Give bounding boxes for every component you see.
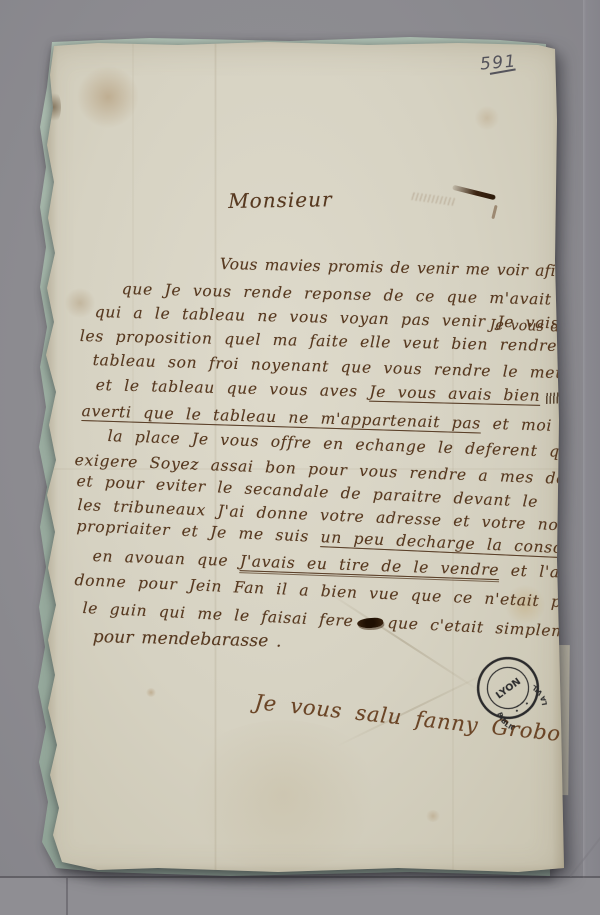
crossed-out-word (544, 391, 576, 403)
letter-page: 591 Monsieur Vous mavies promis de venir… (38, 40, 566, 880)
manuscript-segment: le guin qui me le faisai fere (82, 599, 354, 630)
manuscript-segment: pour mendebarasse . (93, 627, 283, 652)
manuscript-segment: et l'agen (499, 561, 591, 582)
manuscript-text: Monsieur Vous mavies promis de venir me … (38, 40, 566, 880)
manuscript-segment: J'avais eu tire de le vendre (240, 552, 500, 582)
manuscript-line: pour mendebarasse . (93, 627, 283, 652)
manuscript-segment: un peu decharge la conscience (320, 528, 600, 559)
photo-of-letter: { "document": { "page_number": "591", "s… (0, 0, 600, 915)
stamp-separator-dot (525, 702, 528, 705)
manuscript-segment: Je vous avais bien (369, 383, 540, 405)
paper-sheet: 591 Monsieur Vous mavies promis de venir… (38, 40, 566, 880)
manuscript-segment: que c'etait simplement (387, 614, 594, 642)
ink-blot (357, 617, 384, 629)
manuscript-segment: et le tableau que vous aves (96, 376, 370, 401)
manuscript-segment: en avouan que (92, 547, 240, 570)
manuscript-line: Vous mavies promis de venir me voir afin (220, 255, 567, 280)
folio-number: 591 (479, 51, 518, 74)
salutation: Monsieur (228, 187, 333, 213)
manuscript-segment: et moi a (481, 415, 574, 436)
photo-background: 591 Monsieur Vous mavies promis de venir… (0, 0, 600, 915)
stamp-center-text: LYON (494, 676, 523, 701)
manuscript-segment: Vous mavies promis de venir me voir afin (220, 255, 567, 280)
stamp-separator-dot (515, 709, 518, 712)
mat-edge-right (583, 0, 600, 915)
